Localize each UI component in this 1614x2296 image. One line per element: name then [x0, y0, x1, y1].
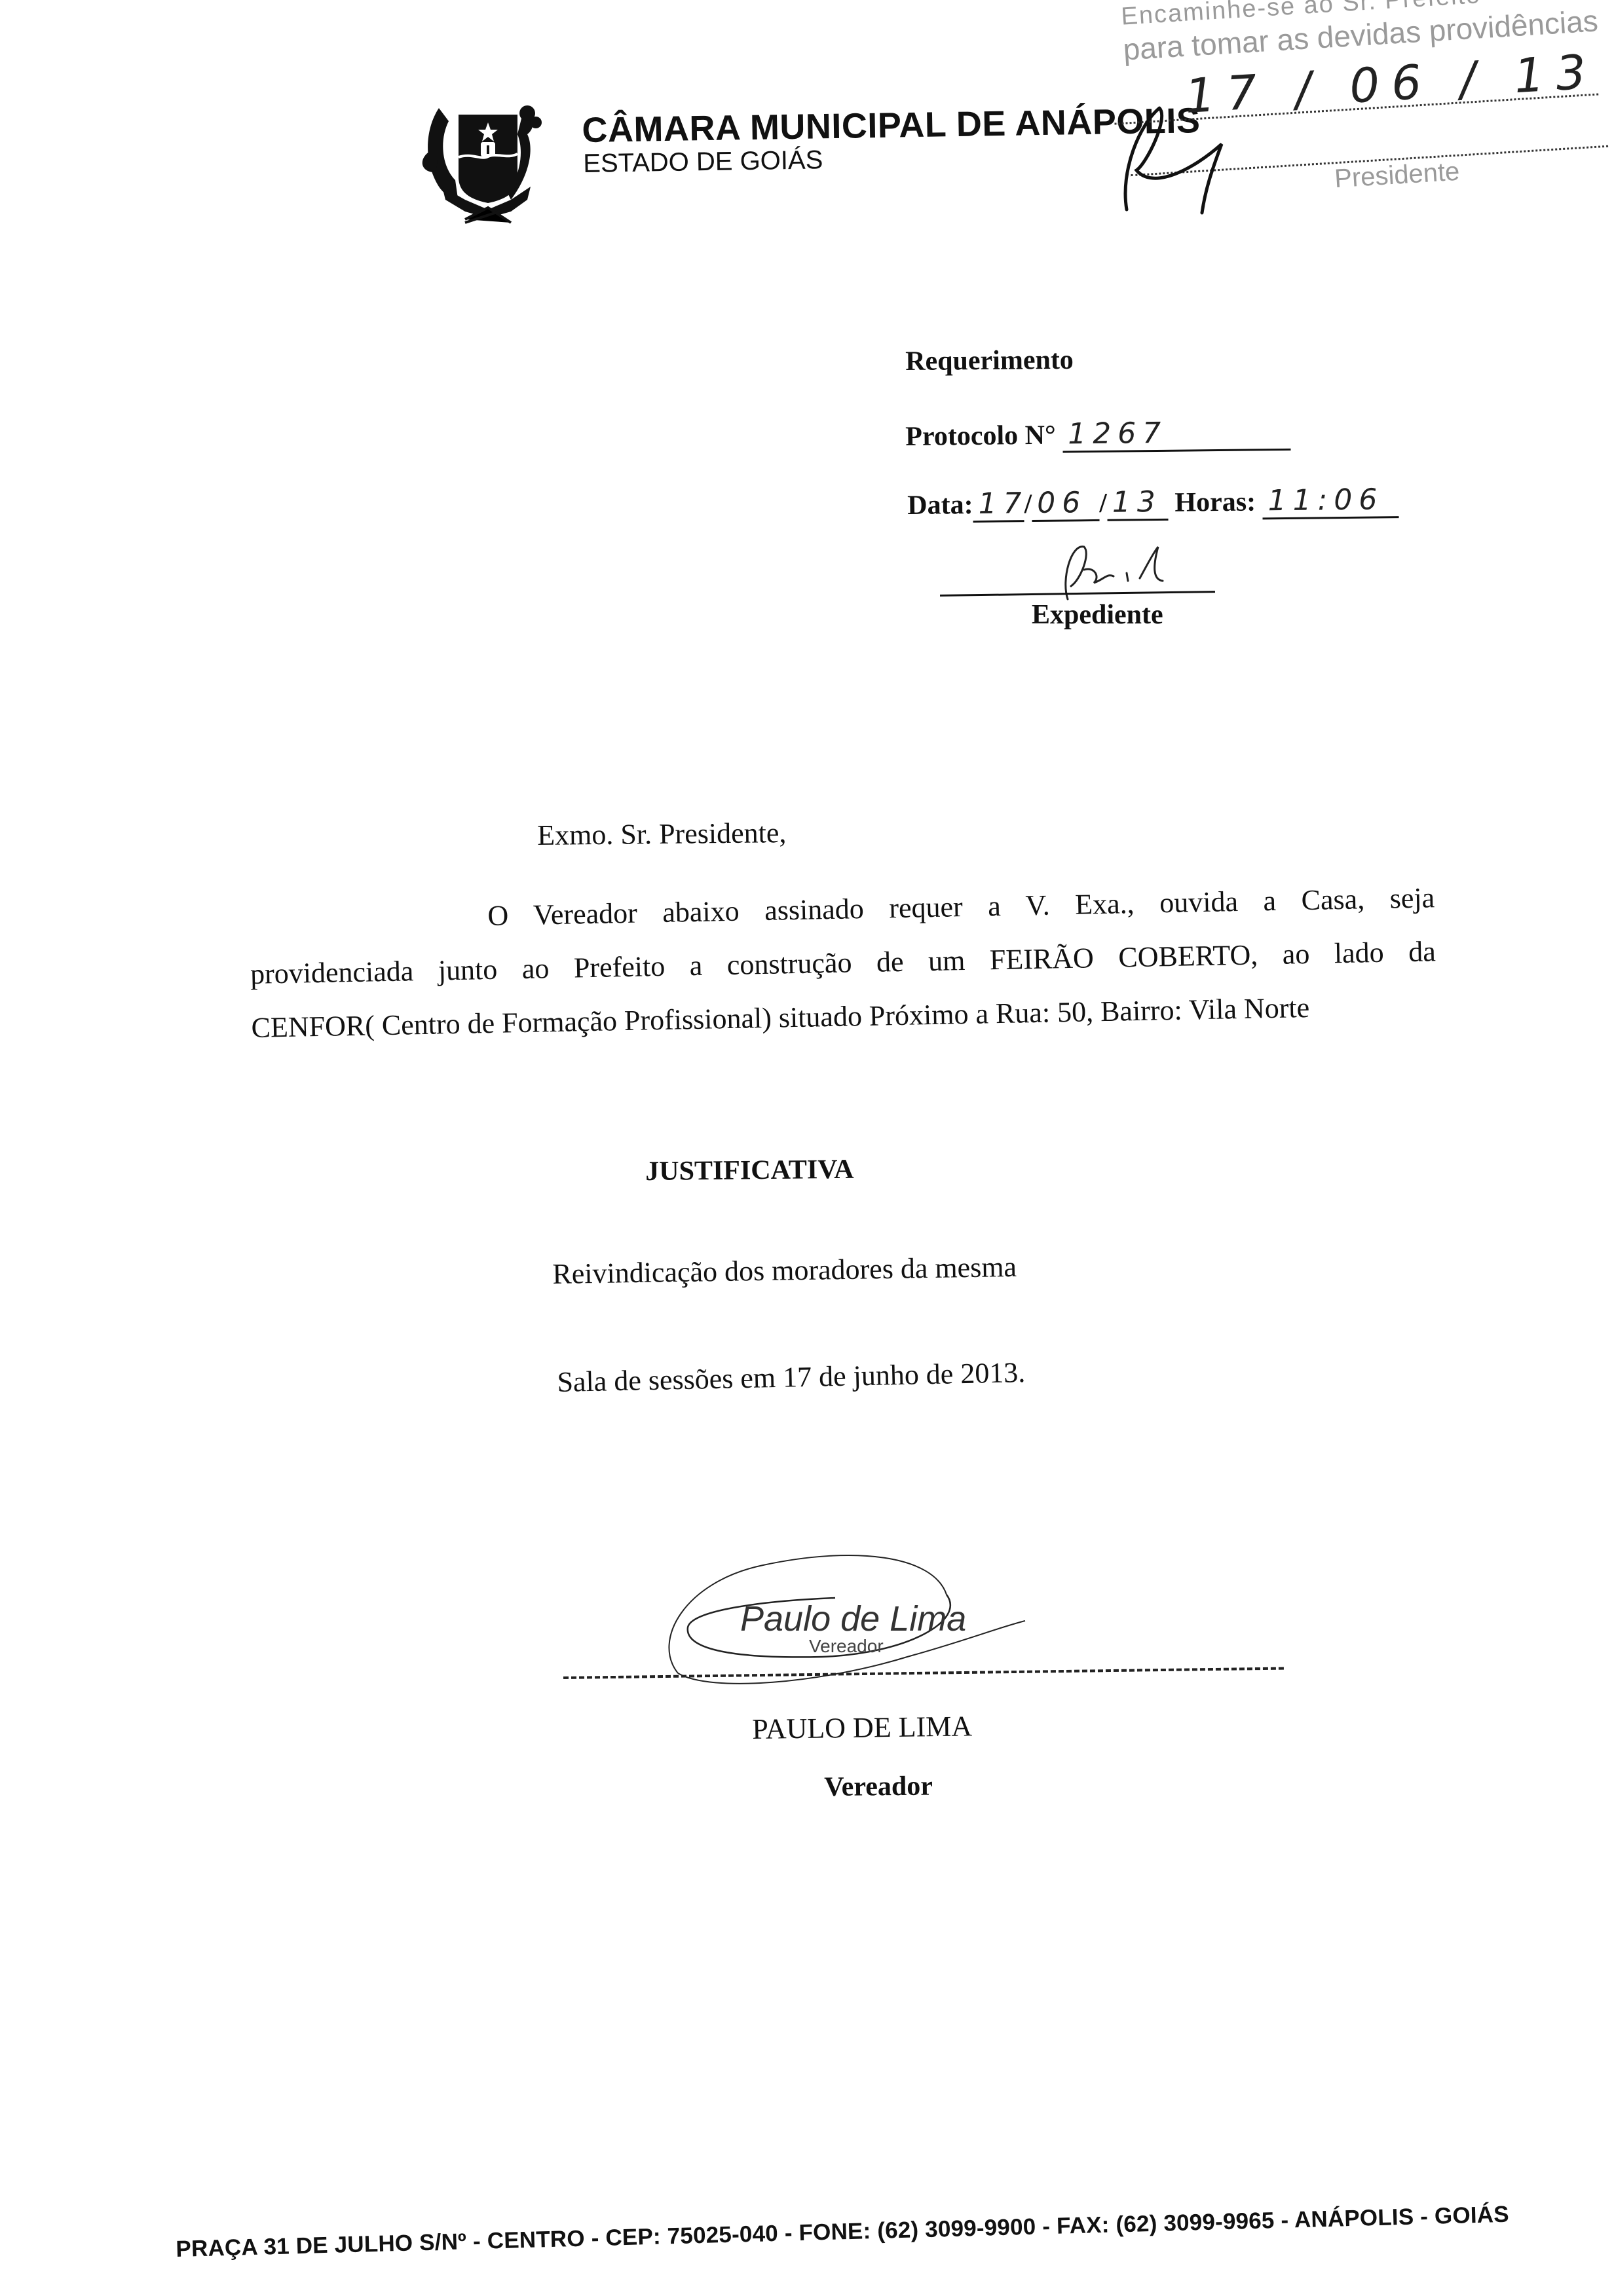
hours-label: Horas:	[1174, 487, 1256, 517]
protocol-number-value: 1267	[1068, 417, 1168, 451]
protocol-number-field: 1267	[1062, 415, 1291, 453]
justification-title: JUSTIFICATIVA	[645, 1154, 854, 1187]
hours-value: 11:06	[1267, 483, 1383, 517]
svg-text:Paulo de Lima: Paulo de Lima	[740, 1599, 966, 1639]
hours-field: 11:06	[1262, 483, 1399, 519]
president-signature-icon	[1107, 98, 1277, 216]
date-hours-row: Data:17/06/13 Horas: 11:06	[907, 483, 1399, 523]
footer-address: PRAÇA 31 DE JULHO S/Nº - CENTRO - CEP: 7…	[176, 2202, 1509, 2263]
protocol-row: Protocolo N° 1267	[905, 415, 1291, 454]
justification-text: Reivindicação dos moradores da mesma	[552, 1250, 1017, 1291]
signer-name: PAULO DE LIMA	[752, 1709, 972, 1746]
date-month-field: 06	[1032, 486, 1100, 522]
request-title: Requerimento	[905, 344, 1074, 377]
date-year-field: 13	[1107, 485, 1169, 521]
date-year-value: 13	[1112, 485, 1163, 519]
expediente-label: Expediente	[1032, 599, 1163, 631]
date-day-field: 17	[973, 487, 1024, 523]
date-day-value: 17	[978, 487, 1028, 521]
signer-role: Vereador	[824, 1771, 933, 1803]
coat-of-arms-icon	[419, 88, 544, 226]
organization-state: ESTADO DE GOIÁS	[583, 145, 823, 179]
protocol-number-label: Protocolo N°	[905, 420, 1056, 452]
session-date-line: Sala de sessões em 17 de junho de 2013.	[557, 1356, 1026, 1399]
salutation: Exmo. Sr. Presidente,	[537, 816, 787, 852]
date-month-value: 06	[1037, 486, 1087, 520]
date-label: Data:	[907, 490, 973, 521]
request-paragraph: O Vereador abaixo assinado requer a V. E…	[249, 881, 1437, 1065]
svg-text:Vereador: Vereador	[809, 1636, 884, 1656]
